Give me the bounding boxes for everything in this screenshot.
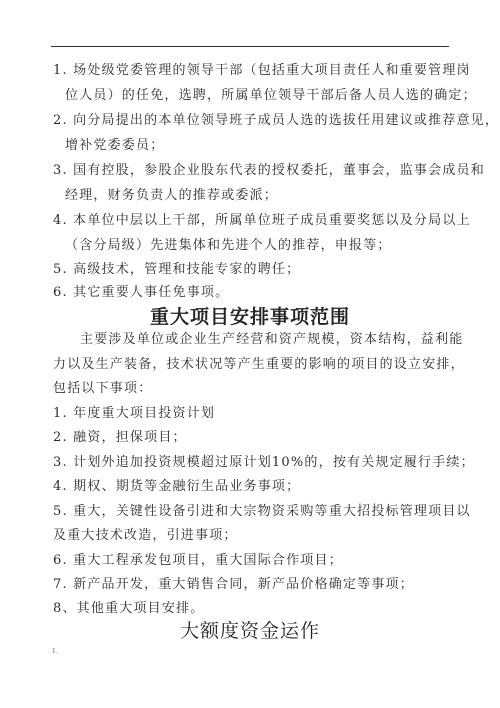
list-item-cont: （含分局级）先进集体和先进个人的推荐，申报等；: [65, 238, 392, 254]
list-item: 2. 向分局提出的本单位领导班子成员人选的选拔任用建议或推荐意见，: [53, 113, 499, 129]
list-item-cont: 位人员）的任免，选聘，所属单位领导干部后备人员人选的确定；: [65, 88, 477, 104]
list-item: 1. 年度重大项目投资计划: [53, 406, 215, 422]
list-item-marker: 1.: [52, 648, 58, 655]
section-title: 大额度资金运作: [0, 620, 500, 642]
list-item: 7. 新产品开发，重大销售合同，新产品价格确定等事项；: [53, 577, 414, 593]
list-item: 8、其他重大项目安排。: [53, 601, 204, 617]
list-item: 5. 重大，关键性设备引进和大宗物资采购等重大招投标管理项目以: [53, 504, 471, 520]
paragraph-line: 包括以下事项：: [53, 381, 152, 397]
list-item-cont: 及重大技术改造，引进事项；: [53, 528, 238, 544]
list-item: 3. 计划外追加投资规模超过原计划10%的，按有关规定履行手续；: [53, 455, 475, 471]
section-title: 重大项目安排事项范围: [0, 306, 500, 328]
list-item-cont: 增补党委委员；: [65, 138, 164, 154]
list-item: 4. 本单位中层以上干部，所属单位班子成员重要奖惩以及分局以上: [53, 213, 471, 229]
list-item: 4. 期权、期货等金融衍生品业务事项；: [53, 479, 300, 495]
page-header-rule: [51, 46, 449, 47]
paragraph-line: 力以及生产装备，技术状况等产生重要的影响的项目的设立安排，: [53, 357, 465, 373]
list-item: 3. 国有控股，参股企业股东代表的授权委托，董事会，监事会成员和: [53, 163, 485, 179]
paragraph-line: 主要涉及单位或企业生产经营和资产规模，资本结构，益利能: [80, 332, 463, 348]
list-item-cont: 经理，财务负责人的推荐或委派；: [65, 188, 278, 204]
list-item: 2. 融资，担保项目；: [53, 430, 187, 446]
list-item: 6. 其它重要人事任免事项。: [53, 285, 229, 301]
list-item: 6. 重大工程承发包项目，重大国际合作项目；: [53, 553, 343, 569]
list-item: 5. 高级技术，管理和技能专家的聘任；: [53, 262, 300, 278]
header-mark: .: [443, 37, 445, 43]
list-item: 1. 场处级党委管理的领导干部（包括重大项目责任人和重要管理岗: [53, 63, 471, 79]
